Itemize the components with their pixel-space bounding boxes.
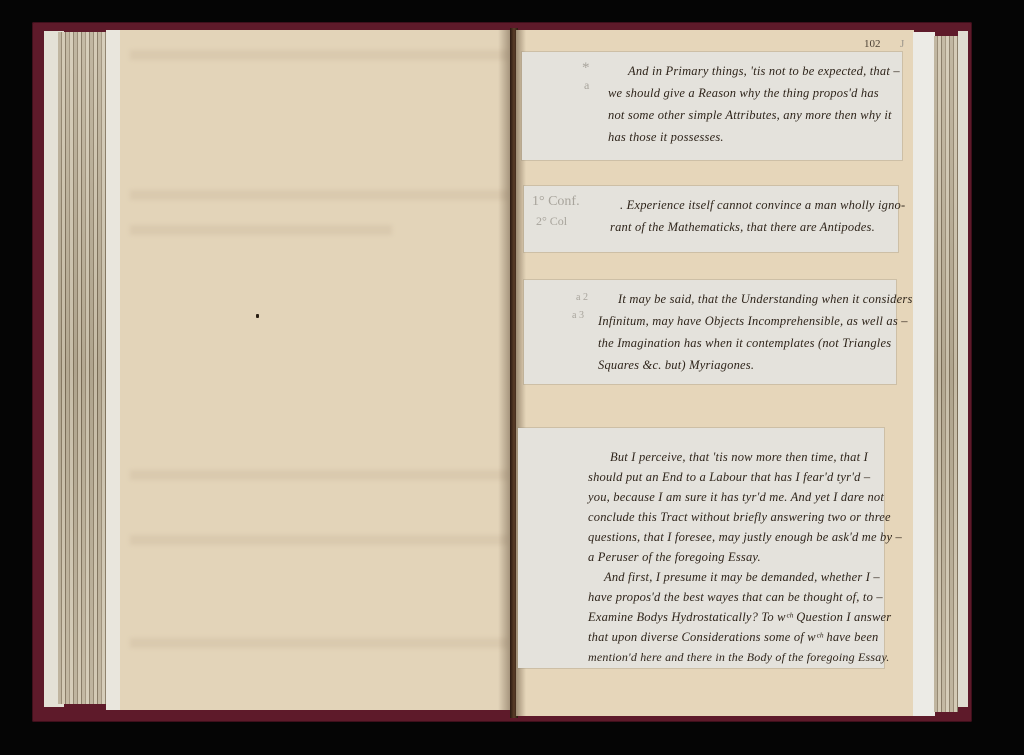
right-flyleaf [958,31,968,707]
slip-line: have propos'd the best wayes that can be… [588,590,883,605]
margin-mark: a 2 [576,292,588,303]
slip-line: But I perceive, that 'tis now more then … [610,450,868,465]
slip-line: rant of the Mathematicks, that there are… [610,220,875,235]
margin-mark: 2° Col [536,214,567,229]
margin-mark: a 3 [572,310,584,321]
show-through-band [130,225,392,235]
slip-line: . Experience itself cannot convince a ma… [620,198,905,213]
folio-number: 102 [864,38,881,50]
show-through-band [130,50,508,60]
slip-line: that upon diverse Considerations some of… [588,630,879,645]
slip-line: Infinitum, may have Objects Incomprehens… [598,314,908,329]
slip-line: conclude this Tract without briefly answ… [588,510,891,525]
slip-line: It may be said, that the Understanding w… [618,292,913,307]
slip-line: And first, I presume it may be demanded,… [604,570,880,585]
show-through-band [130,535,508,545]
slip-line: mention'd here and there in the Body of … [588,650,890,665]
slip-line: should put an End to a Labour that has I… [588,470,870,485]
slip-line: a Peruser of the foregoing Essay. [588,550,761,565]
left-page-blank [120,30,512,710]
slip-line: questions, that I foresee, may justly en… [588,530,902,545]
slip-line: not some other simple Attributes, any mo… [608,108,892,123]
slip-line: you, because I am sure it has tyr'd me. … [588,490,884,505]
right-page-block-edge [934,36,958,712]
left-page-block-edge [58,32,108,704]
slip-line: the Imagination has when it contemplates… [598,336,891,351]
show-through-band [130,190,508,200]
slip-line: And in Primary things, 'tis not to be ex… [628,64,900,79]
slip-line: we should give a Reason why the thing pr… [608,86,879,101]
manuscript-slip-2: 1° Conf. 2° Col . Experience itself cann… [524,186,898,252]
show-through-band [130,638,508,648]
slip-line: has those it possesses. [608,130,724,145]
margin-mark: a [584,78,589,93]
show-through-band [130,470,508,480]
manuscript-slip-1: * a And in Primary things, 'tis not to b… [522,52,902,160]
corner-pencil-mark: J [900,38,904,50]
right-page: 102 J * a And in Primary things, 'tis no… [516,30,914,716]
slip-line: Examine Bodys Hydrostatically? To wᶜʰ Qu… [588,610,891,625]
right-blank-leaf-edge [913,32,935,716]
slip-line: Squares &c. but) Myriagones. [598,358,754,373]
ink-speck [256,314,259,318]
manuscript-slip-3: a 2 a 3 It may be said, that the Underst… [524,280,896,384]
manuscript-slip-4: But I perceive, that 'tis now more then … [518,428,884,668]
margin-mark: * [582,60,590,77]
margin-mark: 1° Conf. [532,194,580,210]
